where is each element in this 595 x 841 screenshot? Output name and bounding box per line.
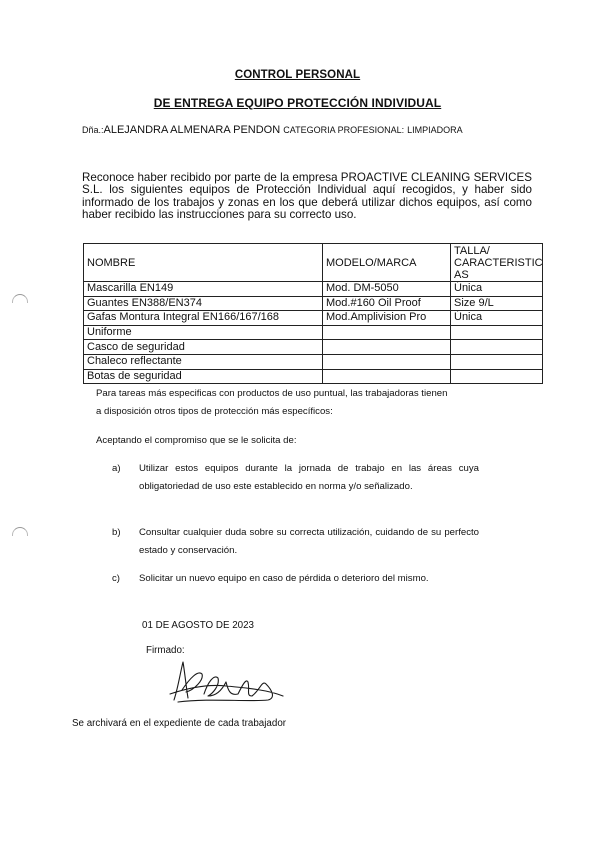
note-line-2: a disposición otros tipos de protección … [96, 406, 333, 418]
table-row: Gafas Montura Integral EN166/167/168Mod.… [84, 311, 543, 326]
table-row: Chaleco reflectante [84, 354, 543, 369]
accept-heading: Aceptando el compromiso que se le solici… [96, 435, 297, 446]
note-line-1: Para tareas más especificas con producto… [96, 388, 447, 400]
table-cell [323, 369, 451, 384]
table-cell: Mod.Amplivision Pro [323, 311, 451, 326]
commitment-text: Utilizar estos equipos durante la jornad… [139, 460, 479, 496]
employee-prefix: Dña.: [82, 125, 104, 135]
punch-hole-mark [12, 527, 28, 536]
category-value: LIMPIADORA [407, 125, 463, 135]
table-row: Casco de seguridad [84, 340, 543, 355]
table-cell: Casco de seguridad [84, 340, 323, 355]
punch-hole-mark [12, 294, 28, 303]
table-cell [451, 340, 543, 355]
column-header: TALLA/CARACTERISTICAS [451, 244, 543, 282]
table-row: Mascarilla EN149Mod. DM-5050Única [84, 282, 543, 297]
signature-date: 01 DE AGOSTO DE 2023 [142, 620, 254, 631]
table-header-row: NOMBREMODELO/MARCATALLA/CARACTERISTICAS [84, 244, 543, 282]
table-cell: Mod.#160 Oil Proof [323, 296, 451, 311]
table-row: Guantes EN388/EN374Mod.#160 Oil ProofSiz… [84, 296, 543, 311]
table-row: Botas de seguridad [84, 369, 543, 384]
table-cell: Mod. DM-5050 [323, 282, 451, 297]
table-row: Uniforme [84, 325, 543, 340]
table-cell: Única [451, 282, 543, 297]
table-cell [451, 354, 543, 369]
table-cell [451, 369, 543, 384]
commitment-label: c) [112, 570, 120, 588]
table-cell [323, 340, 451, 355]
table-cell [323, 354, 451, 369]
signed-label: Firmado: [146, 645, 185, 656]
table-cell: Guantes EN388/EN374 [84, 296, 323, 311]
table-cell [451, 325, 543, 340]
handwritten-signature [168, 660, 288, 705]
table-cell: Gafas Montura Integral EN166/167/168 [84, 311, 323, 326]
table-cell: Botas de seguridad [84, 369, 323, 384]
table-cell: Mascarilla EN149 [84, 282, 323, 297]
employee-line: Dña.:ALEJANDRA ALMENARA PENDON CATEGORIA… [82, 124, 463, 136]
archive-note: Se archivará en el expediente de cada tr… [72, 718, 286, 729]
employee-name: ALEJANDRA ALMENARA PENDON [104, 124, 281, 136]
intro-paragraph: Reconoce haber recibido por parte de la … [82, 172, 532, 221]
table-cell: Uniforme [84, 325, 323, 340]
commitment-text: Solicitar un nuevo equipo en caso de pér… [139, 570, 439, 588]
epi-table: NOMBREMODELO/MARCATALLA/CARACTERISTICASM… [83, 243, 543, 384]
document-title: CONTROL PERSONAL [0, 69, 595, 81]
commitment-label: b) [112, 524, 121, 542]
document-subtitle: DE ENTREGA EQUIPO PROTECCIÓN INDIVIDUAL [0, 96, 595, 110]
column-header: NOMBRE [84, 244, 323, 282]
table-cell: Única [451, 311, 543, 326]
column-header: MODELO/MARCA [323, 244, 451, 282]
commitment-text: Consultar cualquier duda sobre su correc… [139, 524, 479, 560]
table-cell: Size 9/L [451, 296, 543, 311]
table-cell [323, 325, 451, 340]
category-label: CATEGORIA PROFESIONAL: [283, 125, 404, 135]
table-cell: Chaleco reflectante [84, 354, 323, 369]
commitment-label: a) [112, 460, 121, 478]
